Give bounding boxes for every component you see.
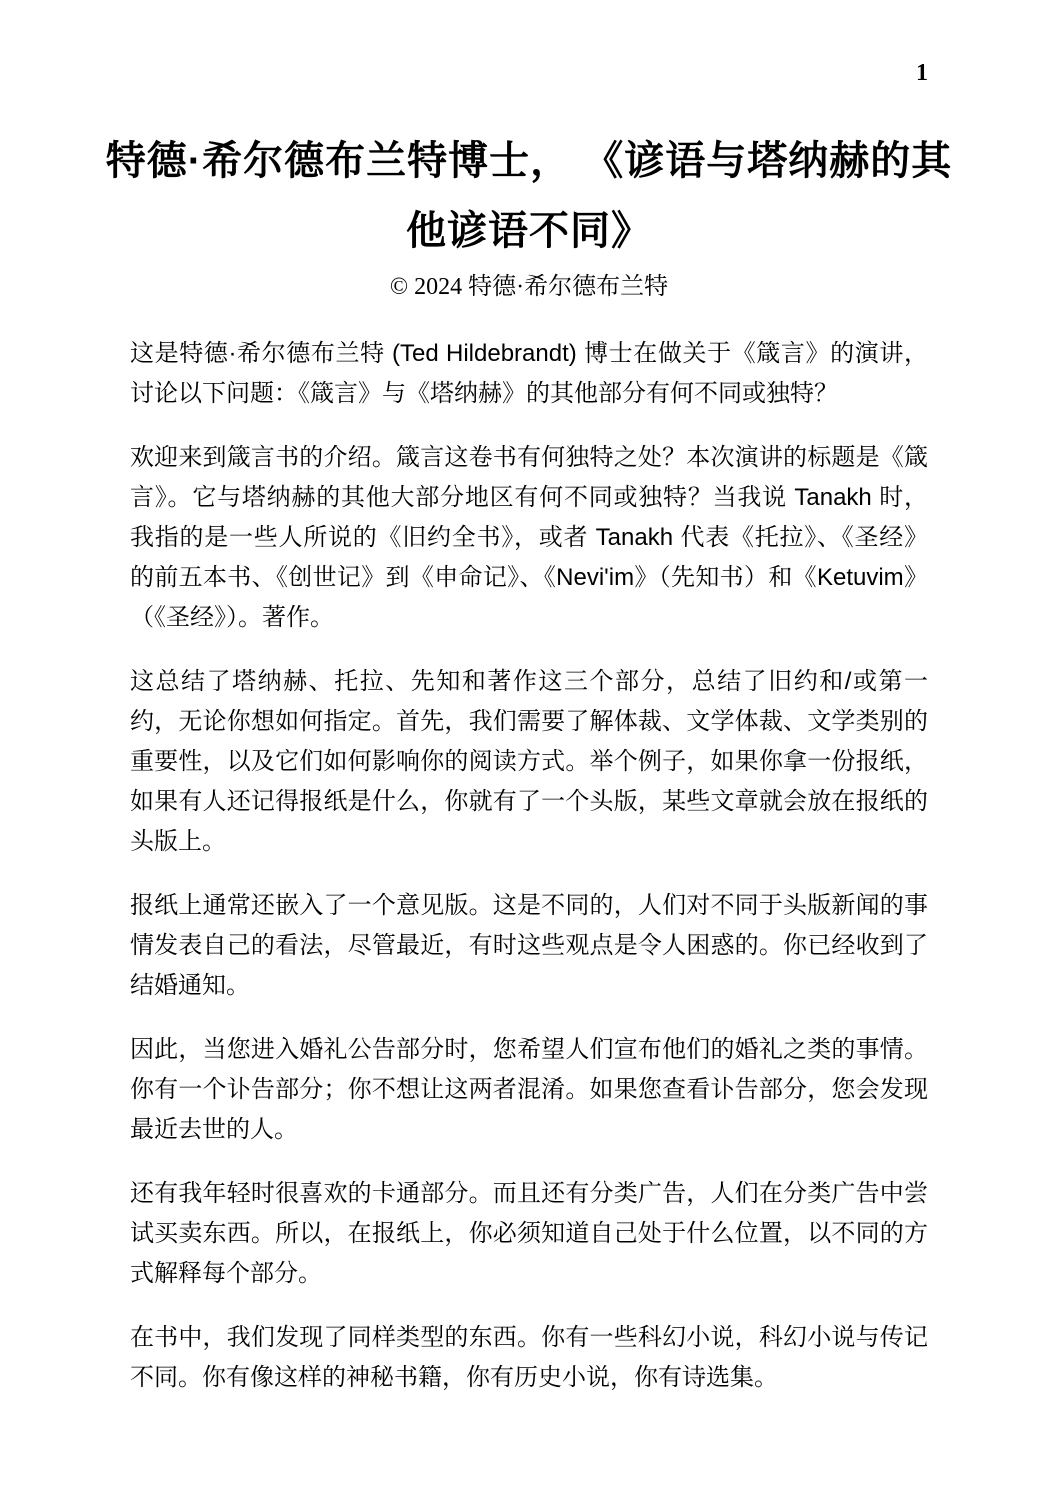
paragraph: 还有我年轻时很喜欢的卡通部分。而且还有分类广告，人们在分类广告中尝试买卖东西。所… [130, 1174, 928, 1294]
document-body: 这是特德·希尔德布兰特 (Ted Hildebrandt) 博士在做关于《箴言》… [130, 334, 928, 1398]
document-title: 特德·希尔德布兰特博士， 《谚语与塔纳赫的其 他谚语不同》 [90, 126, 968, 266]
page-number: 1 [130, 60, 928, 86]
document-page: 1 特德·希尔德布兰特博士， 《谚语与塔纳赫的其 他谚语不同》 © 2024 特… [0, 0, 1058, 1497]
copyright-line: © 2024 特德·希尔德布兰特 [130, 272, 928, 302]
paragraph: 这是特德·希尔德布兰特 (Ted Hildebrandt) 博士在做关于《箴言》… [130, 334, 928, 414]
paragraph: 这总结了塔纳赫、托拉、先知和著作这三个部分，总结了旧约和/或第一约，无论你想如何… [130, 662, 928, 862]
paragraph: 报纸上通常还嵌入了一个意见版。这是不同的，人们对不同于头版新闻的事情发表自己的看… [130, 886, 928, 1006]
paragraph: 在书中，我们发现了同样类型的东西。你有一些科幻小说，科幻小说与传记不同。你有像这… [130, 1318, 928, 1398]
paragraph: 欢迎来到箴言书的介绍。箴言这卷书有何独特之处？本次演讲的标题是《箴言》。它与塔纳… [130, 438, 928, 638]
paragraph: 因此，当您进入婚礼公告部分时，您希望人们宣布他们的婚礼之类的事情。你有一个讣告部… [130, 1030, 928, 1150]
document-title-line-2: 他谚语不同》 [90, 196, 968, 266]
document-title-line-1: 特德·希尔德布兰特博士， 《谚语与塔纳赫的其 [90, 126, 968, 196]
